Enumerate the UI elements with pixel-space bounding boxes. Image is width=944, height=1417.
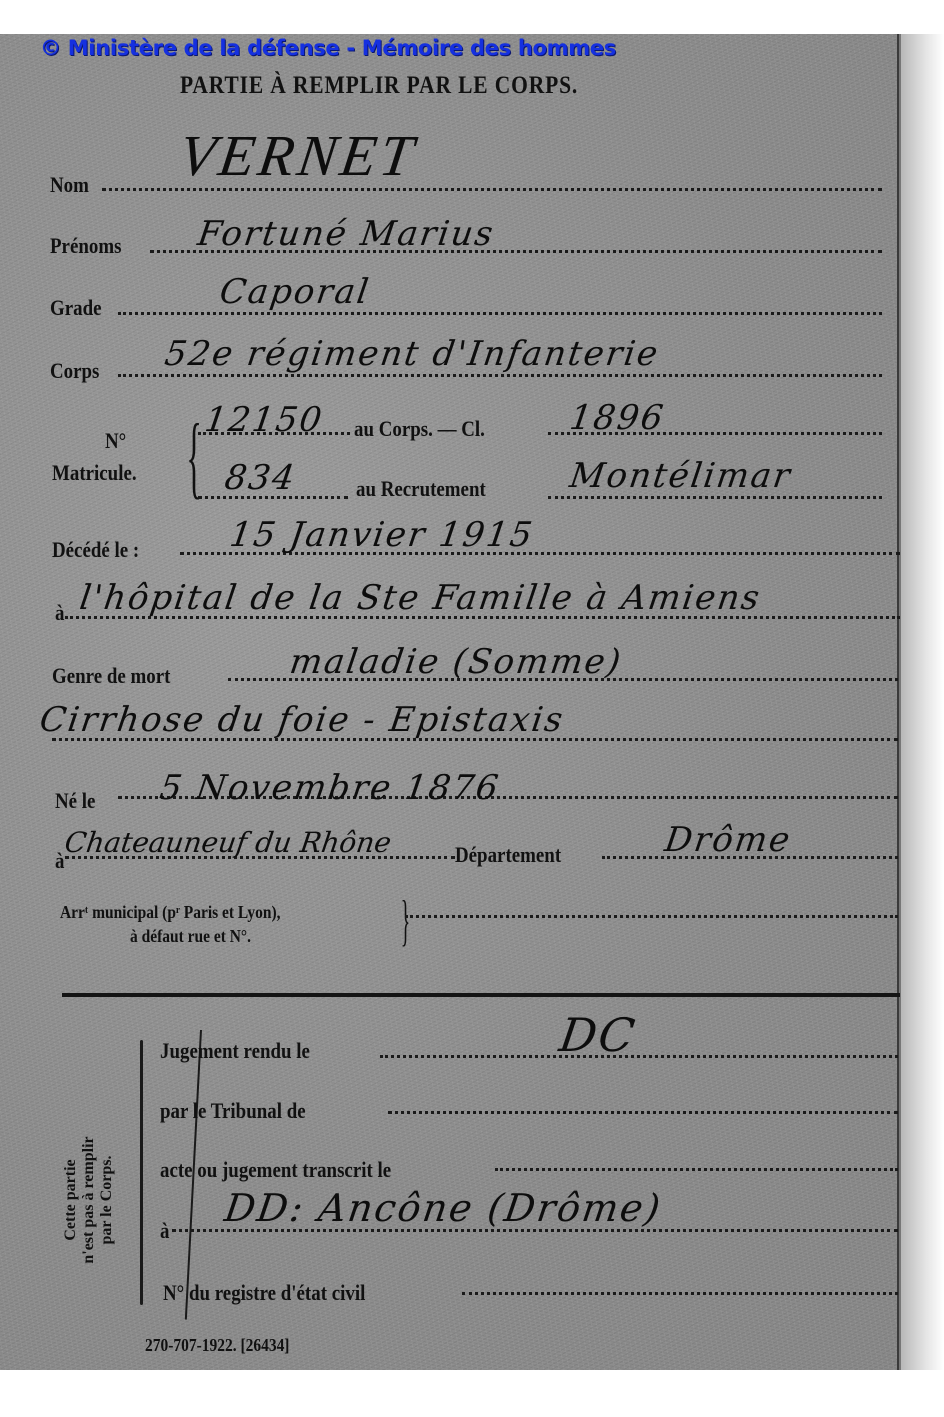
matricule-recrutement-number: 834 bbox=[222, 458, 299, 498]
tribunal-line bbox=[388, 1111, 898, 1114]
naissance-lieu-value: Chateauneuf du Rhône bbox=[63, 826, 394, 859]
tribunal-label: par le Tribunal de bbox=[160, 1098, 306, 1124]
genre-mort-value: maladie (Somme) bbox=[287, 642, 625, 682]
matricule-corps-suffix: au Corps. — Cl. bbox=[354, 416, 485, 442]
naissance-date-label: Né le bbox=[55, 788, 95, 814]
registre-line bbox=[462, 1292, 898, 1295]
jugement-line bbox=[380, 1055, 898, 1058]
arrondissement-label-1: Arrᵗ municipal (pʳ Paris et Lyon), bbox=[60, 902, 280, 923]
corps-label: Corps bbox=[50, 358, 99, 384]
side-note: Cette partie n'est pas à remplir par le … bbox=[62, 1100, 116, 1300]
jugement-label: Jugement rendu le bbox=[160, 1038, 310, 1064]
nom-label: Nom bbox=[50, 172, 89, 198]
side-note-line-2: n'est pas à remplir bbox=[80, 1100, 98, 1300]
departement-value: Drôme bbox=[662, 820, 794, 860]
grade-value: Caporal bbox=[217, 272, 373, 312]
deces-lieu-label: à bbox=[55, 600, 64, 626]
section-divider bbox=[62, 993, 900, 997]
form-title: PARTIE À REMPLIR PAR LE CORPS. bbox=[180, 72, 578, 100]
transcrit-lieu-value: DD: Ancône (Drôme) bbox=[222, 1186, 665, 1230]
genre-mort-label: Genre de mort bbox=[52, 663, 170, 689]
matricule-recrutement-place: Montélimar bbox=[567, 456, 794, 496]
arrondissement-line bbox=[405, 915, 898, 918]
matricule-brace: { bbox=[186, 410, 201, 502]
departement-label: Département bbox=[455, 842, 561, 868]
grade-line bbox=[118, 312, 882, 315]
prenoms-label: Prénoms bbox=[50, 233, 121, 259]
matricule-classe: 1896 bbox=[567, 398, 667, 438]
side-note-line-1: Cette partie bbox=[62, 1100, 80, 1300]
corps-value: 52e régiment d'Infanterie bbox=[162, 334, 662, 374]
arrondissement-label-2: à défaut rue et N°. bbox=[130, 926, 251, 947]
grade-label: Grade bbox=[50, 295, 102, 321]
matricule-label-no: N° bbox=[105, 428, 126, 454]
matricule-corps-number: 12150 bbox=[202, 400, 326, 440]
genre-mort-value-2: Cirrhose du foie - Epistaxis bbox=[37, 700, 567, 740]
deces-date-value: 15 Janvier 1915 bbox=[227, 515, 536, 555]
corps-line bbox=[118, 374, 882, 377]
prenoms-value: Fortuné Marius bbox=[195, 214, 497, 254]
naissance-date-value: 5 Novembre 1876 bbox=[157, 768, 502, 808]
paper-edge bbox=[898, 34, 944, 1370]
registre-label: N° du registre d'état civil bbox=[163, 1280, 365, 1306]
matricule-recrutement-suffix: au Recrutement bbox=[356, 476, 486, 502]
arrondissement-brace: } bbox=[401, 893, 410, 949]
transcrit-line bbox=[495, 1168, 898, 1171]
side-note-line-3: par le Corps. bbox=[98, 1100, 116, 1300]
deces-lieu-value: l'hôpital de la Ste Famille à Amiens bbox=[77, 578, 764, 618]
jugement-value: DC bbox=[556, 1008, 640, 1062]
matricule-recrutement-place-line bbox=[548, 496, 882, 499]
nom-value: VERNET bbox=[175, 122, 421, 189]
transcrit-lieu-label: à bbox=[160, 1218, 169, 1244]
matricule-label: Matricule. bbox=[52, 460, 137, 486]
form-reference-number: 270-707-1922. [26434] bbox=[145, 1335, 289, 1356]
copyright-watermark: © Ministère de la défense - Mémoire des … bbox=[40, 36, 616, 60]
deces-date-label: Décédé le : bbox=[52, 537, 139, 563]
lower-section-brace bbox=[140, 1040, 143, 1305]
transcrit-label: acte ou jugement transcrit le bbox=[160, 1157, 391, 1183]
